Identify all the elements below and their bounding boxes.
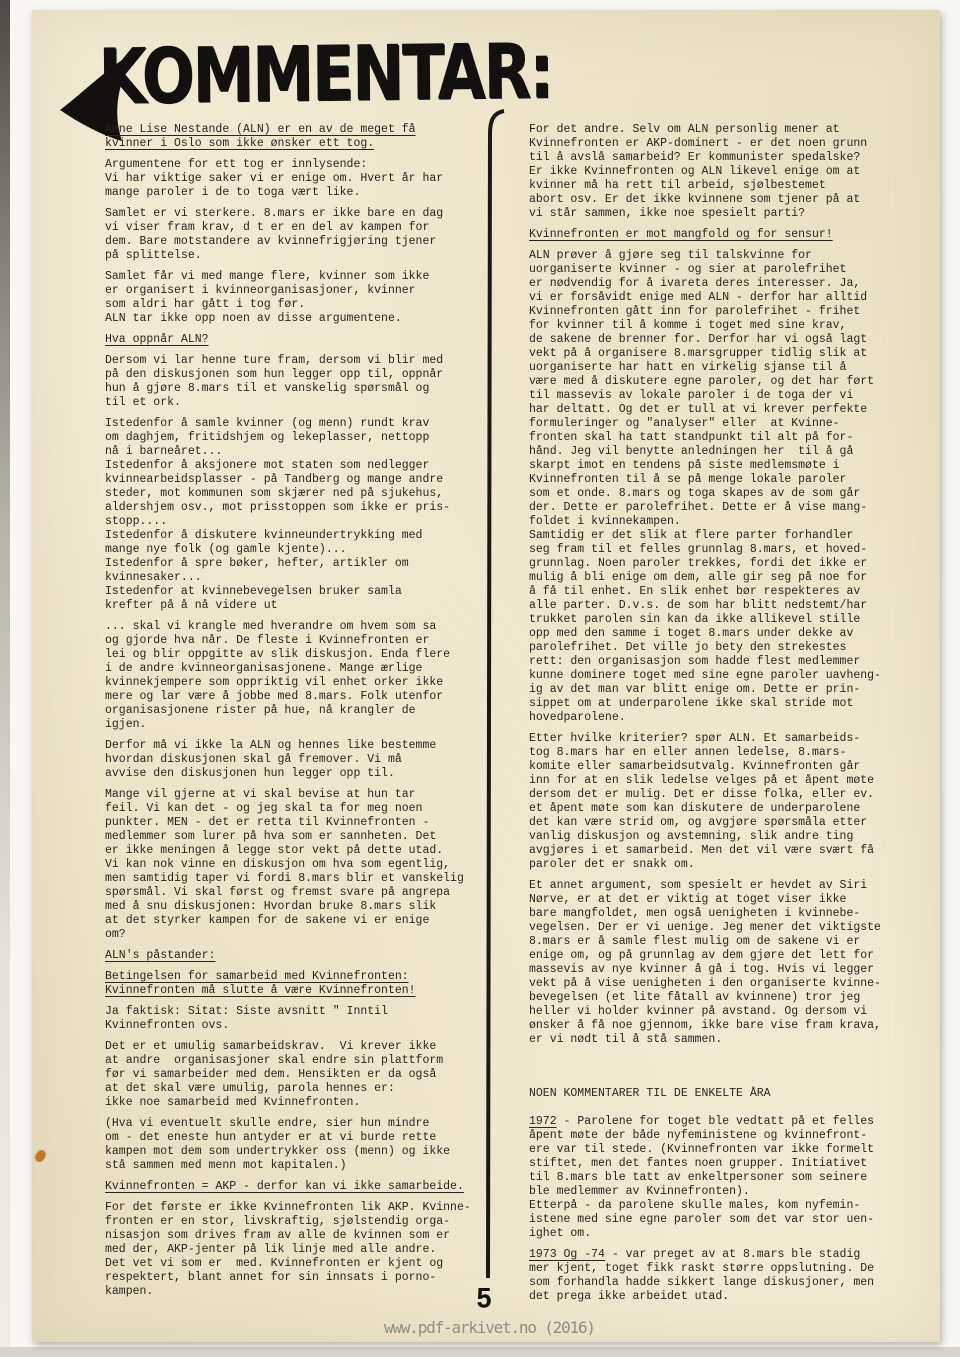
scan-edge-bottom	[0, 1347, 960, 1357]
paragraph: Dersom vi lar henne ture fram, dersom vi…	[105, 354, 507, 410]
paper-sheet: KOMMENTAR: Anne Lise Nestande (ALN) er e…	[32, 10, 940, 1342]
paragraph: ALN prøver å gjøre seg til talskvinne fo…	[529, 249, 933, 725]
paragraph: Et annet argument, som spesielt er hevde…	[529, 879, 933, 1047]
paragraph: Mange vil gjerne at vi skal bevise at hu…	[105, 788, 507, 942]
paragraph: Derfor må vi ikke la ALN og hennes like …	[105, 739, 507, 781]
paragraph: Det er et umulig samarbeidskrav. Vi krev…	[105, 1040, 507, 1110]
paragraph: Argumentene for ett tog er innlysende: V…	[105, 158, 507, 200]
section-heading: NOEN KOMMENTARER TIL DE ENKELTE ÅRA	[529, 1087, 933, 1101]
scanned-page: KOMMENTAR: Anne Lise Nestande (ALN) er e…	[0, 0, 960, 1357]
paragraph: Samlet får vi med mange flere, kvinner s…	[105, 270, 507, 326]
section-heading: Kvinnefronten = AKP - derfor kan vi ikke…	[105, 1180, 507, 1194]
year-label: 1972	[529, 1115, 557, 1128]
section-heading: ALN's påstander:	[105, 949, 507, 963]
paragraph: For det første er ikke Kvinnefronten lik…	[105, 1201, 507, 1299]
paragraph: ... skal vi krangle med hverandre om hve…	[105, 620, 507, 732]
section-heading: Hva oppnår ALN?	[105, 333, 507, 347]
year-label: 1973 Og -74	[529, 1248, 605, 1261]
section-heading: Kvinnefronten er mot mangfold og for sen…	[529, 228, 933, 242]
scan-edge-left	[0, 0, 10, 1357]
paragraph: Samlet er vi sterkere. 8.mars er ikke ba…	[105, 207, 507, 263]
left-column: Anne Lise Nestande (ALN) er en av de meg…	[105, 123, 507, 1306]
intro-heading: Anne Lise Nestande (ALN) er en av de meg…	[105, 123, 507, 151]
paragraph: Etter hvilke kriterier? spør ALN. Et sam…	[529, 732, 933, 872]
section-heading: Betingelsen for samarbeid med Kvinnefron…	[105, 970, 507, 998]
paragraph: 1972 - Parolene for toget ble vedtatt på…	[529, 1115, 933, 1241]
paragraph: For det andre. Selv om ALN personlig men…	[529, 123, 933, 221]
paragraph: Istedenfor å samle kvinner (og menn) run…	[105, 417, 507, 613]
paragraph: Ja faktisk: Sitat: Siste avsnitt " Innti…	[105, 1005, 507, 1033]
right-column: For det andre. Selv om ALN personlig men…	[529, 123, 933, 1311]
paragraph: (Hva vi eventuelt skulle endre, sier hun…	[105, 1117, 507, 1173]
paragraph: 1973 Og -74 - var preget av at 8.mars bl…	[529, 1248, 933, 1304]
page-number: 5	[476, 1285, 492, 1318]
paragraph-text: - Parolene for toget ble vedtatt på et f…	[529, 1115, 874, 1240]
watermark: www.pdf-arkivet.no (2016)	[384, 1318, 595, 1337]
page-title: KOMMENTAR:	[98, 26, 552, 121]
stain-mark	[34, 1149, 47, 1164]
